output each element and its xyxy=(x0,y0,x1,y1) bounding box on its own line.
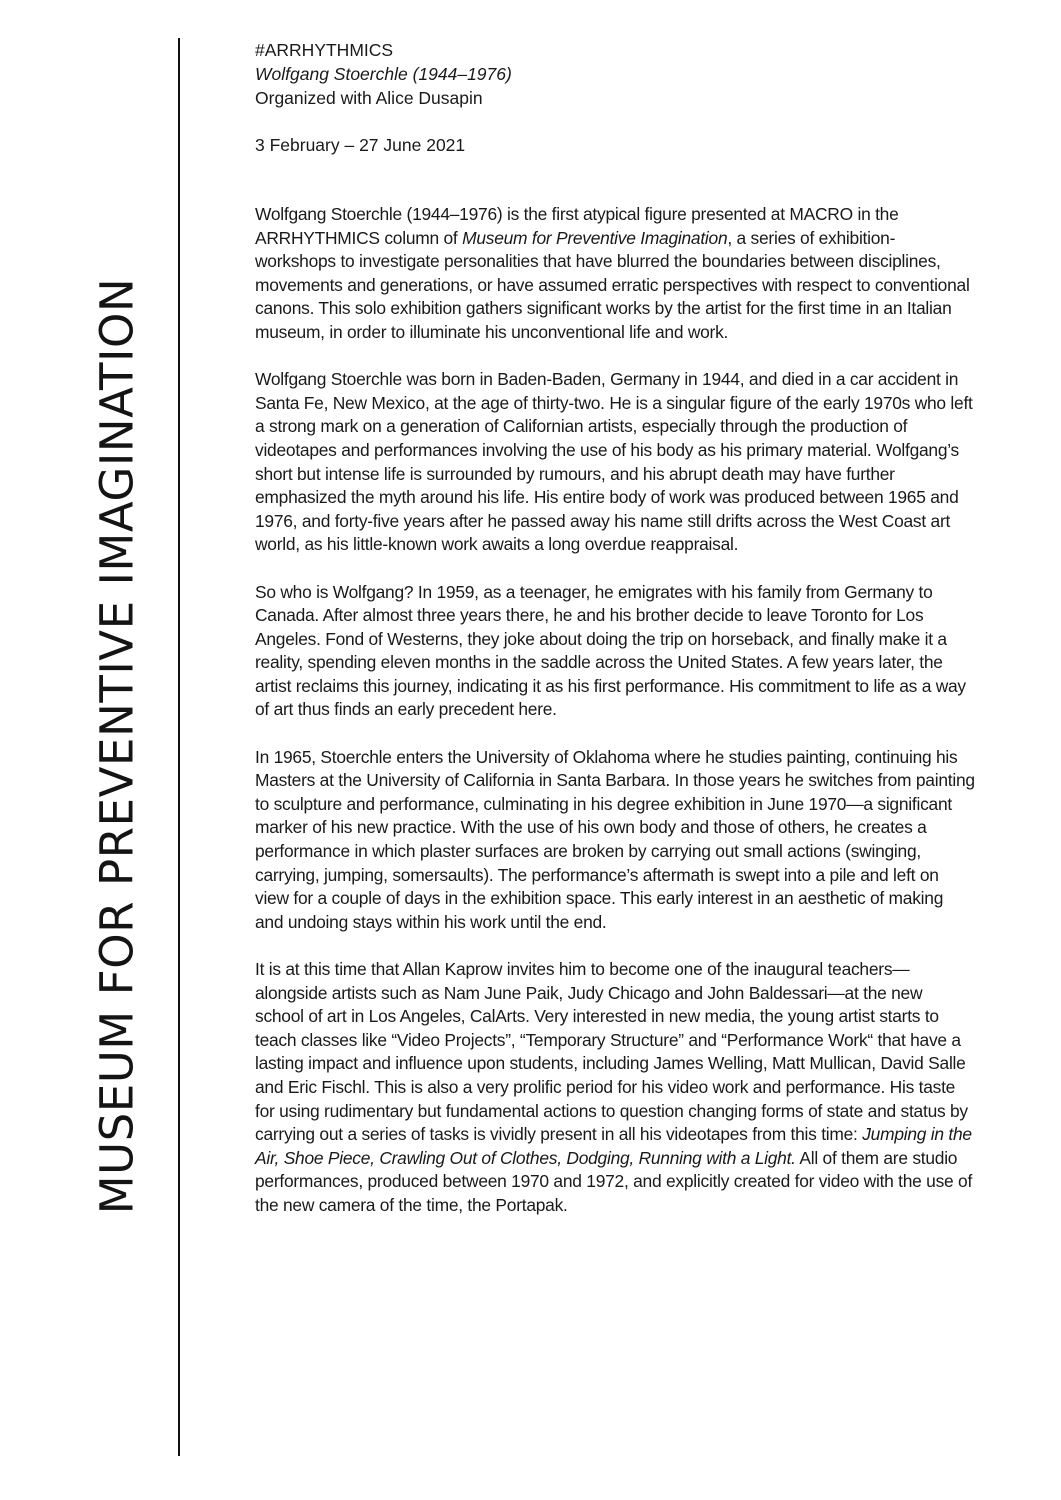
exhibition-header: #ARRHYTHMICS Wolfgang Stoerchle (1944–19… xyxy=(255,38,512,157)
artist-subtitle: Wolfgang Stoerchle (1944–1976) xyxy=(255,62,512,86)
press-text-body: Wolfgang Stoerchle (1944–1976) is the fi… xyxy=(255,203,975,1241)
museum-vertical-title: MUSEUM FOR PREVENTIVE IMAGINATION xyxy=(96,155,138,1337)
vertical-divider xyxy=(178,38,180,1456)
paragraph-calarts: It is at this time that Allan Kaprow inv… xyxy=(255,958,975,1218)
series-title: Museum for Preventive Imagination xyxy=(462,228,727,248)
paragraph-biography: Wolfgang Stoerchle was born in Baden-Bad… xyxy=(255,368,975,557)
paragraph-intro: Wolfgang Stoerchle (1944–1976) is the fi… xyxy=(255,203,975,345)
paragraph-education: In 1965, Stoerchle enters the University… xyxy=(255,746,975,935)
exhibition-dates: 3 February – 27 June 2021 xyxy=(255,133,512,157)
organizer-line: Organized with Alice Dusapin xyxy=(255,86,512,110)
column-tag: #ARRHYTHMICS xyxy=(255,38,512,62)
paragraph-emigration: So who is Wolfgang? In 1959, as a teenag… xyxy=(255,581,975,723)
museum-title-text: MUSEUM FOR PREVENTIVE IMAGINATION xyxy=(91,278,144,1215)
